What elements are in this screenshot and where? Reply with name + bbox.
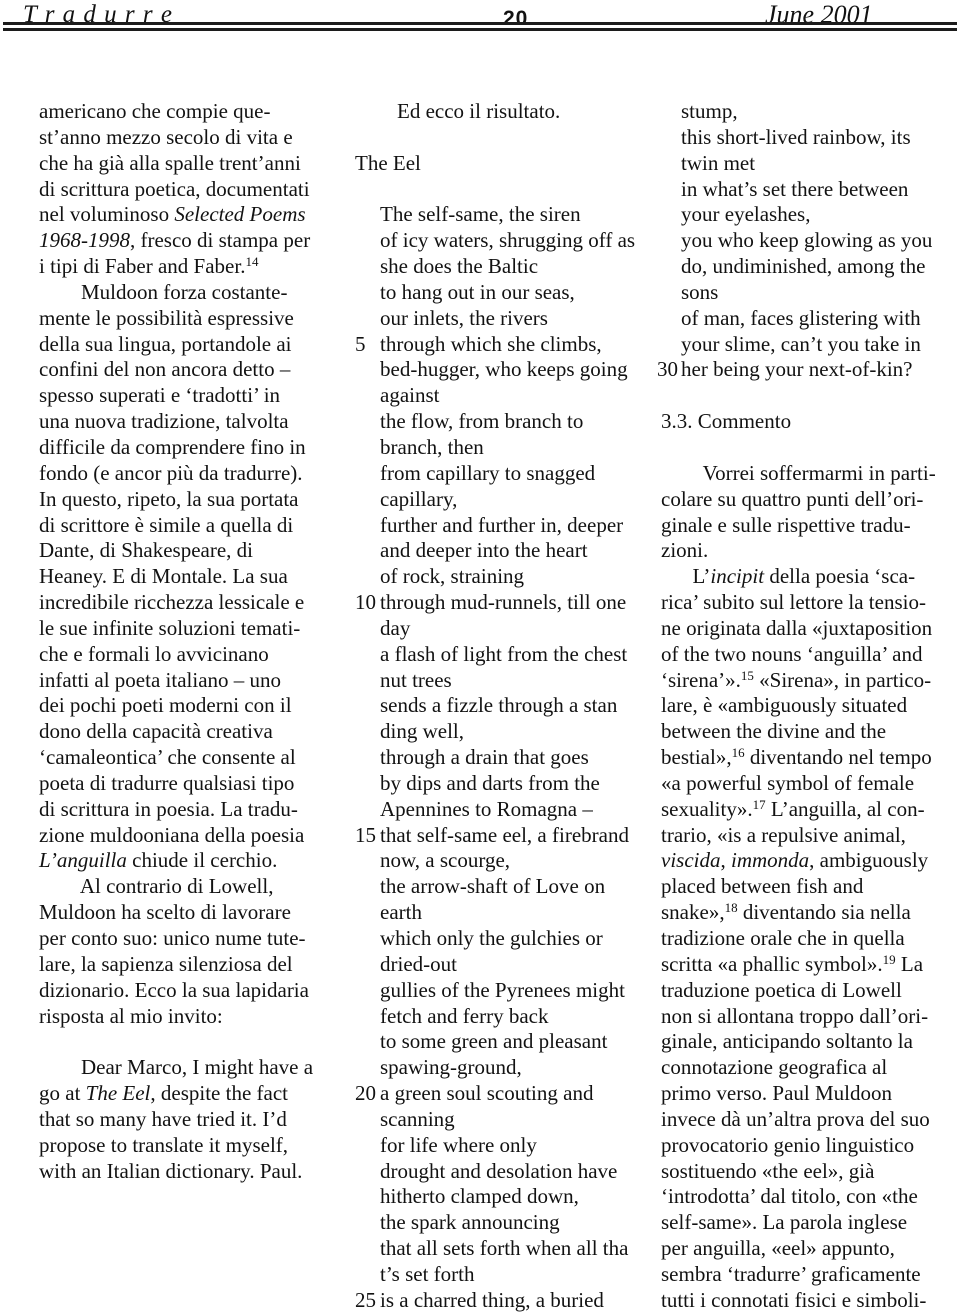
line-text: tutti i connotati fisici e simboli- xyxy=(661,1288,926,1314)
line-text: In questo, ripeto, la sua portata xyxy=(39,487,299,513)
line-text: the flow, from branch to xyxy=(380,409,583,435)
line-text: traduzione poetica di Lowell xyxy=(661,978,902,1004)
poem-line-number xyxy=(355,202,380,228)
poem-line-number: 30 xyxy=(657,357,681,383)
text-line: dei pochi poeti moderni con il xyxy=(39,693,351,719)
poem-line: hitherto clamped down, xyxy=(355,1184,655,1210)
text-line: ginale e sulle rispettive tradu- xyxy=(661,513,955,539)
poem-line-number xyxy=(355,771,380,797)
poem-line-number xyxy=(355,616,380,642)
line-text: zione muldooniana della poesia xyxy=(39,823,304,849)
text-line: 3.3. Commento xyxy=(661,409,955,435)
poem-line-number xyxy=(355,254,380,280)
poem-line: you who keep glowing as you xyxy=(661,228,955,254)
line-text: her being your next-of-kin? xyxy=(681,357,913,383)
text-line: poeta di tradurre qualsiasi tipo xyxy=(39,771,351,797)
line-text: the arrow-shaft of Love on xyxy=(380,874,605,900)
poem-line-number xyxy=(355,1004,380,1030)
poem-line: which only the gulchies or xyxy=(355,926,655,952)
line-text: 3.3. Commento xyxy=(661,409,791,435)
text-line: dizionario. Ecco la sua lapidaria xyxy=(39,978,351,1004)
poem-line: against xyxy=(355,383,655,409)
line-text: L’anguilla chiude il cerchio. xyxy=(39,848,277,874)
line-text: to some green and pleasant xyxy=(380,1029,607,1055)
line-text: st’anno mezzo secolo di vita e xyxy=(39,125,293,151)
poem-line-number xyxy=(355,1107,380,1133)
line-text: bed-hugger, who keeps going xyxy=(380,357,628,383)
line-text: trario, «is a repulsive animal, xyxy=(661,823,906,849)
line-text: Muldoon forza costante- xyxy=(39,280,287,306)
line-text: branch, then xyxy=(380,435,484,461)
text-line: that so many have tried it. I’d xyxy=(39,1107,351,1133)
text-line: americano che compie que- xyxy=(39,99,351,125)
line-text: through which she climbs, xyxy=(380,332,602,358)
poem-line: a flash of light from the chest xyxy=(355,642,655,668)
line-text: primo verso. Paul Muldoon xyxy=(661,1081,892,1107)
text-line: i tipi di Faber and Faber.14 xyxy=(39,254,351,280)
text-line: risposta al mio invito: xyxy=(39,1004,351,1030)
line-text: day xyxy=(380,616,410,642)
line-text: fetch and ferry back xyxy=(380,1004,548,1030)
line-text: to hang out in our seas, xyxy=(380,280,575,306)
poem-line: 30her being your next-of-kin? xyxy=(661,357,955,383)
line-text: snake»,18 diventando sia nella xyxy=(661,900,911,926)
poem-line-number xyxy=(355,383,380,409)
line-text: rica’ subito sul lettore la tensio- xyxy=(661,590,926,616)
poem-line-number xyxy=(355,1029,380,1055)
line-text: viscida, immonda, ambiguously xyxy=(661,848,928,874)
text-line: dono della capacità creativa xyxy=(39,719,351,745)
text-line: primo verso. Paul Muldoon xyxy=(661,1081,955,1107)
line-text: ‘introdotta’ dal titolo, con «the xyxy=(661,1184,918,1210)
line-text: through a drain that goes xyxy=(380,745,589,771)
line-text: dono della capacità creativa xyxy=(39,719,273,745)
poem-line: now, a scourge, xyxy=(355,848,655,874)
poem-line-number xyxy=(657,254,681,280)
line-text: your slime, can’t you take in xyxy=(681,332,921,358)
text-line: zioni. xyxy=(661,538,955,564)
poem-line: The self-same, the siren xyxy=(355,202,655,228)
text-line: Dante, di Shakespeare, di xyxy=(39,538,351,564)
poem-line: stump, xyxy=(661,99,955,125)
line-text: che ha già alla spalle trent’anni xyxy=(39,151,301,177)
line-text: between the divine and the xyxy=(661,719,886,745)
column-left: americano che compie que-st’anno mezzo s… xyxy=(39,99,351,1184)
poem-line: bed-hugger, who keeps going xyxy=(355,357,655,383)
poem-line: drought and desolation have xyxy=(355,1159,655,1185)
line-text: confini del non ancora detto – xyxy=(39,357,290,383)
text-line: traduzione poetica di Lowell xyxy=(661,978,955,1004)
poem-line-number: 15 xyxy=(355,823,380,849)
text-line: Heaney. E di Montale. La sua xyxy=(39,564,351,590)
poem-line: from capillary to snagged xyxy=(355,461,655,487)
line-text: of icy waters, shrugging off as xyxy=(380,228,635,254)
poem-line: your slime, can’t you take in xyxy=(661,332,955,358)
poem-line-number xyxy=(355,719,380,745)
text-line: della sua lingua, portandole ai xyxy=(39,332,351,358)
poem-line-number xyxy=(355,564,380,590)
text-line: difficile da comprendere fino in xyxy=(39,435,351,461)
line-text: Muldoon ha scelto di lavorare xyxy=(39,900,291,926)
poem-line: earth xyxy=(355,900,655,926)
poem-line-number xyxy=(355,745,380,771)
text-line: non si allontana troppo dall’ori- xyxy=(661,1004,955,1030)
poem-line: twin met xyxy=(661,151,955,177)
text-line: le sue infinite soluzioni temati- xyxy=(39,616,351,642)
poem-line: 10through mud-runnels, till one xyxy=(355,590,655,616)
line-text: sembra ‘tradurre’ graficamente xyxy=(661,1262,921,1288)
line-text: tradizione orale che in quella xyxy=(661,926,905,952)
line-text: americano che compie que- xyxy=(39,99,270,125)
poem-line: nut trees xyxy=(355,668,655,694)
poem-line-number xyxy=(657,177,681,203)
line-text: ginale e sulle rispettive tradu- xyxy=(661,513,911,539)
poem-line-number xyxy=(355,1055,380,1081)
text-line: Muldoon ha scelto di lavorare xyxy=(39,900,351,926)
line-text: L’incipit della poesia ‘sca- xyxy=(661,564,915,590)
poem-line: gullies of the Pyrenees might xyxy=(355,978,655,1004)
line-text: i tipi di Faber and Faber.14 xyxy=(39,254,258,280)
poem-line: that all sets forth when all tha xyxy=(355,1236,655,1262)
line-text: capillary, xyxy=(380,487,457,513)
poem-line: 20a green soul scouting and xyxy=(355,1081,655,1107)
line-text: The self-same, the siren xyxy=(380,202,581,228)
line-text: drought and desolation have xyxy=(380,1159,617,1185)
line-text: ‘sirena’».15 «Sirena», in partico- xyxy=(661,668,931,694)
poem-line: spawing-ground, xyxy=(355,1055,655,1081)
line-text: by dips and darts from the xyxy=(380,771,600,797)
text-line: between the divine and the xyxy=(661,719,955,745)
text-line: propose to translate it myself, xyxy=(39,1133,351,1159)
line-text: spesso superati e ‘tradotti’ in xyxy=(39,383,280,409)
poem-line: further and further in, deeper xyxy=(355,513,655,539)
poem-line: 25is a charred thing, a buried xyxy=(355,1288,655,1314)
poem-line: for life where only xyxy=(355,1133,655,1159)
line-text: is a charred thing, a buried xyxy=(380,1288,604,1314)
text-line: self-same». La parola inglese xyxy=(661,1210,955,1236)
poem-line: to hang out in our seas, xyxy=(355,280,655,306)
line-text: through mud-runnels, till one xyxy=(380,590,626,616)
text-line: sexuality».17 L’anguilla, al con- xyxy=(661,797,955,823)
line-text: ginale, anticipando soltanto la xyxy=(661,1029,913,1055)
column-right: stump,this short-lived rainbow, itstwin … xyxy=(661,99,955,1314)
line-text: dei pochi poeti moderni con il xyxy=(39,693,292,719)
line-text: dried-out xyxy=(380,952,457,978)
line-text: non si allontana troppo dall’ori- xyxy=(661,1004,928,1030)
line-text: spawing-ground, xyxy=(380,1055,522,1081)
text-line: of the two nouns ‘anguilla’ and xyxy=(661,642,955,668)
line-text: lare, la sapienza silenziosa del xyxy=(39,952,293,978)
text-line: una nuova tradizione, talvolta xyxy=(39,409,351,435)
text-line: ‘camaleontica’ che consente al xyxy=(39,745,351,771)
poem-line-number xyxy=(355,1133,380,1159)
line-text: sexuality».17 L’anguilla, al con- xyxy=(661,797,925,823)
line-text: for life where only xyxy=(380,1133,537,1159)
line-text: provocatorio genio linguistico xyxy=(661,1133,914,1159)
line-text: a flash of light from the chest xyxy=(380,642,627,668)
line-text: and deeper into the heart xyxy=(380,538,588,564)
line-text: your eyelashes, xyxy=(681,202,810,228)
text-line: che e formali lo avvicinano xyxy=(39,642,351,668)
line-text: di scrittura poetica, documentati xyxy=(39,177,310,203)
line-text: this short-lived rainbow, its xyxy=(681,125,911,151)
poem-line-number xyxy=(657,151,681,177)
text-line: bestial»,16 diventando nel tempo xyxy=(661,745,955,771)
line-text: self-same». La parola inglese xyxy=(661,1210,907,1236)
poem-line: the arrow-shaft of Love on xyxy=(355,874,655,900)
poem-line: dried-out xyxy=(355,952,655,978)
text-line: «a powerful symbol of female xyxy=(661,771,955,797)
line-text: le sue infinite soluzioni temati- xyxy=(39,616,300,642)
poem-line: do, undiminished, among the xyxy=(661,254,955,280)
line-text: of the two nouns ‘anguilla’ and xyxy=(661,642,922,668)
poem-line-number xyxy=(355,306,380,332)
line-text: bestial»,16 diventando nel tempo xyxy=(661,745,932,771)
line-text: di scrittura in poesia. La tradu- xyxy=(39,797,298,823)
poem-line-number xyxy=(355,874,380,900)
text-line: ne originata dalla «juxtaposition xyxy=(661,616,955,642)
poem-line: sons xyxy=(661,280,955,306)
text-line: tutti i connotati fisici e simboli- xyxy=(661,1288,955,1314)
line-text: «a powerful symbol of female xyxy=(661,771,914,797)
text-line: lare, la sapienza silenziosa del xyxy=(39,952,351,978)
line-text: per anguilla, «eel» appunto, xyxy=(661,1236,895,1262)
poem-line: this short-lived rainbow, its xyxy=(661,125,955,151)
poem-line-number xyxy=(355,848,380,874)
line-text: of man, faces glistering with xyxy=(681,306,921,332)
poem-line-number xyxy=(657,202,681,228)
poem-line-number xyxy=(355,538,380,564)
line-text: go at The Eel, despite the fact xyxy=(39,1081,288,1107)
line-text: lare, è «ambiguously situated xyxy=(661,693,907,719)
line-text: Dear Marco, I might have a xyxy=(39,1055,313,1081)
line-text: che e formali lo avvicinano xyxy=(39,642,269,668)
text-line: per anguilla, «eel» appunto, xyxy=(661,1236,955,1262)
poem-line: through a drain that goes xyxy=(355,745,655,771)
poem-line-number xyxy=(657,280,681,306)
text-line: sembra ‘tradurre’ graficamente xyxy=(661,1262,955,1288)
poem-line: by dips and darts from the xyxy=(355,771,655,797)
line-text: hitherto clamped down, xyxy=(380,1184,579,1210)
line-text: colare su quattro punti dell’ori- xyxy=(661,487,923,513)
text-line: viscida, immonda, ambiguously xyxy=(661,848,955,874)
poem-line: of icy waters, shrugging off as xyxy=(355,228,655,254)
line-text: placed between fish and xyxy=(661,874,863,900)
poem-line-number xyxy=(355,952,380,978)
line-text: she does the Baltic xyxy=(380,254,538,280)
text-line: with an Italian dictionary. Paul. xyxy=(39,1159,351,1185)
poem-line-number xyxy=(355,797,380,823)
poem-line: scanning xyxy=(355,1107,655,1133)
text-line: di scrittura in poesia. La tradu- xyxy=(39,797,351,823)
text-line: invece dà un’altra prova del suo xyxy=(661,1107,955,1133)
line-text: scanning xyxy=(380,1107,455,1133)
poem-line-number: 20 xyxy=(355,1081,380,1107)
line-text: Vorrei soffermarmi in parti- xyxy=(661,461,936,487)
poem-line: 5through which she climbs, xyxy=(355,332,655,358)
line-text: incredibile ricchezza lessicale e xyxy=(39,590,304,616)
text-line: zione muldooniana della poesia xyxy=(39,823,351,849)
text-line: infatti al poeta italiano – uno xyxy=(39,668,351,694)
line-text: our inlets, the rivers xyxy=(380,306,548,332)
line-text: di scrittore è simile a quella di xyxy=(39,513,293,539)
poem-line-number xyxy=(355,693,380,719)
poem-line: the flow, from branch to xyxy=(355,409,655,435)
text-line xyxy=(661,383,955,409)
text-line: snake»,18 diventando sia nella xyxy=(661,900,955,926)
line-text: in what’s set there between xyxy=(681,177,908,203)
poem-line-number xyxy=(355,461,380,487)
poem-line: and deeper into the heart xyxy=(355,538,655,564)
text-line: In questo, ripeto, la sua portata xyxy=(39,487,351,513)
poem-line: the spark announcing xyxy=(355,1210,655,1236)
text-line: sostituendo «the eel», già xyxy=(661,1159,955,1185)
text-line: lare, è «ambiguously situated xyxy=(661,693,955,719)
text-line: scritta «a phallic symbol».19 La xyxy=(661,952,955,978)
text-line: ginale, anticipando soltanto la xyxy=(661,1029,955,1055)
poem-line: to some green and pleasant xyxy=(355,1029,655,1055)
line-text: zioni. xyxy=(661,538,708,564)
text-line: go at The Eel, despite the fact xyxy=(39,1081,351,1107)
poem-line: our inlets, the rivers xyxy=(355,306,655,332)
text-line: The Eel xyxy=(355,151,655,177)
line-text: ne originata dalla «juxtaposition xyxy=(661,616,932,642)
line-text: fondo (e ancor più da tradurre). xyxy=(39,461,303,487)
line-text: connotazione geografica al xyxy=(661,1055,887,1081)
line-text: per conto suo: unico nume tute- xyxy=(39,926,306,952)
poem-line-number xyxy=(355,642,380,668)
column-middle: Ed ecco il risultato.The EelThe self-sam… xyxy=(355,99,655,1314)
poem-line: t’s set forth xyxy=(355,1262,655,1288)
line-text: ding well, xyxy=(380,719,464,745)
poem-line: your eyelashes, xyxy=(661,202,955,228)
line-text: against xyxy=(380,383,439,409)
text-line xyxy=(355,125,655,151)
text-line: di scrittura poetica, documentati xyxy=(39,177,351,203)
poem-line: ding well, xyxy=(355,719,655,745)
line-text: with an Italian dictionary. Paul. xyxy=(39,1159,302,1185)
poem-line-number xyxy=(355,513,380,539)
line-text: una nuova tradizione, talvolta xyxy=(39,409,289,435)
poem-line-number xyxy=(657,332,681,358)
text-line: ‘sirena’».15 «Sirena», in partico- xyxy=(661,668,955,694)
text-line xyxy=(661,435,955,461)
line-text: Heaney. E di Montale. La sua xyxy=(39,564,288,590)
line-text: earth xyxy=(380,900,422,926)
poem-line-number xyxy=(355,1262,380,1288)
poem-line-number xyxy=(355,1159,380,1185)
poem-line-number xyxy=(355,926,380,952)
text-line: nel voluminoso Selected Poems xyxy=(39,202,351,228)
line-text: nel voluminoso Selected Poems xyxy=(39,202,306,228)
text-line: Vorrei soffermarmi in parti- xyxy=(661,461,955,487)
poem-line: of rock, straining xyxy=(355,564,655,590)
line-text: propose to translate it myself, xyxy=(39,1133,288,1159)
journal-page: T r a d u r r e 20 June 2001 americano c… xyxy=(0,0,960,1314)
text-line: st’anno mezzo secolo di vita e xyxy=(39,125,351,151)
line-text: dizionario. Ecco la sua lapidaria xyxy=(39,978,309,1004)
poem-line-number: 25 xyxy=(355,1288,380,1314)
line-text: ‘camaleontica’ che consente al xyxy=(39,745,296,771)
poem-line-number xyxy=(355,1236,380,1262)
line-text: the spark announcing xyxy=(380,1210,560,1236)
line-text: Dante, di Shakespeare, di xyxy=(39,538,253,564)
line-text: difficile da comprendere fino in xyxy=(39,435,306,461)
poem-line: she does the Baltic xyxy=(355,254,655,280)
line-text: Ed ecco il risultato. xyxy=(355,99,560,125)
line-text: that all sets forth when all tha xyxy=(380,1236,628,1262)
poem-line-number xyxy=(355,1210,380,1236)
line-text: from capillary to snagged xyxy=(380,461,595,487)
text-line: Ed ecco il risultato. xyxy=(355,99,655,125)
poem-line-number xyxy=(355,435,380,461)
line-text: sends a fizzle through a stan xyxy=(380,693,617,719)
line-text: Apennines to Romagna – xyxy=(380,797,593,823)
text-line: Al contrario di Lowell, xyxy=(39,874,351,900)
poem-line: fetch and ferry back xyxy=(355,1004,655,1030)
line-text: a green soul scouting and xyxy=(380,1081,593,1107)
poem-line: of man, faces glistering with xyxy=(661,306,955,332)
text-line: spesso superati e ‘tradotti’ in xyxy=(39,383,351,409)
text-line: colare su quattro punti dell’ori- xyxy=(661,487,955,513)
poem-line-number xyxy=(657,306,681,332)
line-text: sons xyxy=(681,280,718,306)
line-text: The Eel xyxy=(355,151,421,177)
line-text: do, undiminished, among the xyxy=(681,254,925,280)
poem-line-number xyxy=(657,228,681,254)
poem-line-number xyxy=(355,900,380,926)
text-line: L’incipit della poesia ‘sca- xyxy=(661,564,955,590)
text-line: placed between fish and xyxy=(661,874,955,900)
line-text: risposta al mio invito: xyxy=(39,1004,223,1030)
line-text: now, a scourge, xyxy=(380,848,510,874)
poem-line: day xyxy=(355,616,655,642)
header-rule xyxy=(3,22,957,31)
poem-line: sends a fizzle through a stan xyxy=(355,693,655,719)
text-line: ‘introdotta’ dal titolo, con «the xyxy=(661,1184,955,1210)
line-text: infatti al poeta italiano – uno xyxy=(39,668,281,694)
line-text: invece dà un’altra prova del suo xyxy=(661,1107,930,1133)
line-text: della sua lingua, portandole ai xyxy=(39,332,292,358)
line-text: poeta di tradurre qualsiasi tipo xyxy=(39,771,294,797)
poem-line-number xyxy=(657,125,681,151)
poem-line-number xyxy=(355,409,380,435)
poem-line-number xyxy=(355,487,380,513)
text-line: connotazione geografica al xyxy=(661,1055,955,1081)
poem-line-number xyxy=(355,228,380,254)
text-line: rica’ subito sul lettore la tensio- xyxy=(661,590,955,616)
text-line: provocatorio genio linguistico xyxy=(661,1133,955,1159)
text-line: Muldoon forza costante- xyxy=(39,280,351,306)
line-text: of rock, straining xyxy=(380,564,524,590)
poem-line-number xyxy=(355,357,380,383)
text-line: fondo (e ancor più da tradurre). xyxy=(39,461,351,487)
line-text: gullies of the Pyrenees might xyxy=(380,978,625,1004)
line-text: scritta «a phallic symbol».19 La xyxy=(661,952,923,978)
line-text: which only the gulchies or xyxy=(380,926,603,952)
poem-line-number xyxy=(657,99,681,125)
poem-line-number xyxy=(355,978,380,1004)
line-text: mente le possibilità espressive xyxy=(39,306,294,332)
poem-line-number: 5 xyxy=(355,332,380,358)
line-text: that self-same eel, a firebrand xyxy=(380,823,629,849)
text-line: che ha già alla spalle trent’anni xyxy=(39,151,351,177)
line-text: sostituendo «the eel», già xyxy=(661,1159,874,1185)
text-line: 1968-1998, fresco di stampa per xyxy=(39,228,351,254)
text-line: incredibile ricchezza lessicale e xyxy=(39,590,351,616)
line-text: that so many have tried it. I’d xyxy=(39,1107,287,1133)
text-line: trario, «is a repulsive animal, xyxy=(661,823,955,849)
